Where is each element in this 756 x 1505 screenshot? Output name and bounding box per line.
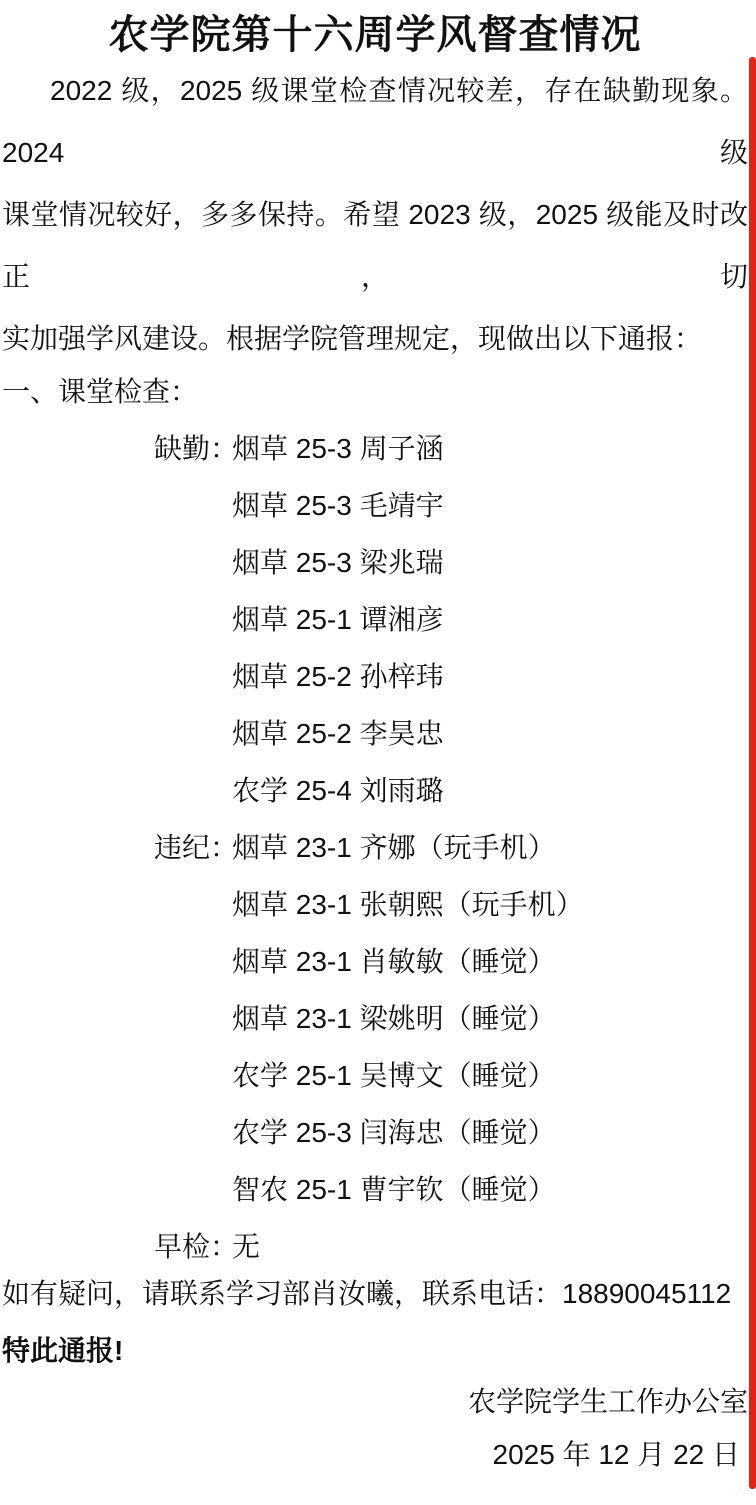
list-item: 烟草 23-1 张朝熙（玩手机） [2, 876, 748, 933]
list-item: 烟草 25-2 孙梓玮 [2, 648, 748, 705]
notice-document: 农学院第十六周学风督查情况 2022 级，2025 级课堂检查情况较差，存在缺勤… [0, 10, 756, 1483]
list-label-spacer [154, 876, 232, 933]
list-item: 农学 25-1 吴博文（睡觉） [2, 1047, 748, 1104]
list-label-spacer [154, 1161, 232, 1218]
list-text: 农学 25-3 闫海忠（睡觉） [232, 1104, 556, 1161]
list-text: 烟草 23-1 齐娜（玩手机） [232, 819, 556, 876]
list-label-spacer [154, 1104, 232, 1161]
signature-office: 农学院学生工作办公室 [2, 1373, 748, 1430]
scroll-indicator[interactable] [749, 57, 756, 1489]
list-item: 智农 25-1 曹宇钦（睡觉） [2, 1161, 748, 1218]
list-text: 烟草 25-3 毛靖宇 [232, 477, 444, 534]
list-text: 智农 25-1 曹宇钦（睡觉） [232, 1161, 556, 1218]
violation-label: 违纪： [154, 819, 232, 876]
list-text: 烟草 25-1 谭湘彦 [232, 591, 444, 648]
list-item: 烟草 23-1 梁姚明（睡觉） [2, 990, 748, 1047]
list-label-spacer [154, 648, 232, 705]
list-text: 烟草 25-2 李昊忠 [232, 705, 444, 762]
list-label-spacer [154, 534, 232, 591]
contact-line: 如有疑问，请联系学习部肖汝曦，联系电话：18890045112 [2, 1265, 748, 1322]
list-label-spacer [154, 762, 232, 819]
list-item: 烟草 25-2 李昊忠 [2, 705, 748, 762]
list-label-spacer [154, 933, 232, 990]
notice-date: 2025 年 12 月 22 日 [2, 1426, 748, 1483]
list-text: 烟草 25-2 孙梓玮 [232, 648, 444, 705]
paragraph-line: 实加强学风建设。根据学院管理规定，现做出以下通报： [2, 308, 748, 370]
list-item: 烟草 25-3 梁兆瑞 [2, 534, 748, 591]
violation-list: 违纪： 烟草 23-1 齐娜（玩手机） 烟草 23-1 张朝熙（玩手机） 烟草 … [2, 819, 748, 1218]
paragraph-line: 2022 级，2025 级课堂检查情况较差，存在缺勤现象。2024 级 [2, 60, 748, 184]
list-item: 缺勤： 烟草 25-3 周子涵 [2, 420, 748, 477]
intro-paragraph: 2022 级，2025 级课堂检查情况较差，存在缺勤现象。2024 级 课堂情况… [2, 60, 748, 370]
list-item: 违纪： 烟草 23-1 齐娜（玩手机） [2, 819, 748, 876]
list-text: 烟草 23-1 梁姚明（睡觉） [232, 990, 556, 1047]
list-text: 烟草 25-3 周子涵 [232, 420, 444, 477]
list-text: 农学 25-1 吴博文（睡觉） [232, 1047, 556, 1104]
list-label-spacer [154, 705, 232, 762]
absent-label: 缺勤： [154, 420, 232, 477]
list-label-spacer [154, 591, 232, 648]
list-text: 农学 25-4 刘雨璐 [232, 762, 444, 819]
list-item: 烟草 25-3 毛靖宇 [2, 477, 748, 534]
list-item: 烟草 23-1 肖敏敏（睡觉） [2, 933, 748, 990]
paragraph-line: 课堂情况较好，多多保持。希望 2023 级，2025 级能及时改正，切 [2, 184, 748, 308]
list-item: 农学 25-4 刘雨璐 [2, 762, 748, 819]
list-text: 烟草 25-3 梁兆瑞 [232, 534, 444, 591]
list-label-spacer [154, 1047, 232, 1104]
list-text: 烟草 23-1 张朝熙（玩手机） [232, 876, 584, 933]
list-item: 烟草 25-1 谭湘彦 [2, 591, 748, 648]
page-title: 农学院第十六周学风督查情况 [2, 10, 748, 60]
list-text: 烟草 23-1 肖敏敏（睡觉） [232, 933, 556, 990]
section-heading-classroom-check: 一、课堂检查： [2, 363, 748, 420]
list-item: 农学 25-3 闫海忠（睡觉） [2, 1104, 748, 1161]
list-label-spacer [154, 990, 232, 1047]
closing-statement: 特此通报! [2, 1322, 748, 1379]
absent-list: 缺勤： 烟草 25-3 周子涵 烟草 25-3 毛靖宇 烟草 25-3 梁兆瑞 … [2, 420, 748, 819]
list-label-spacer [154, 477, 232, 534]
